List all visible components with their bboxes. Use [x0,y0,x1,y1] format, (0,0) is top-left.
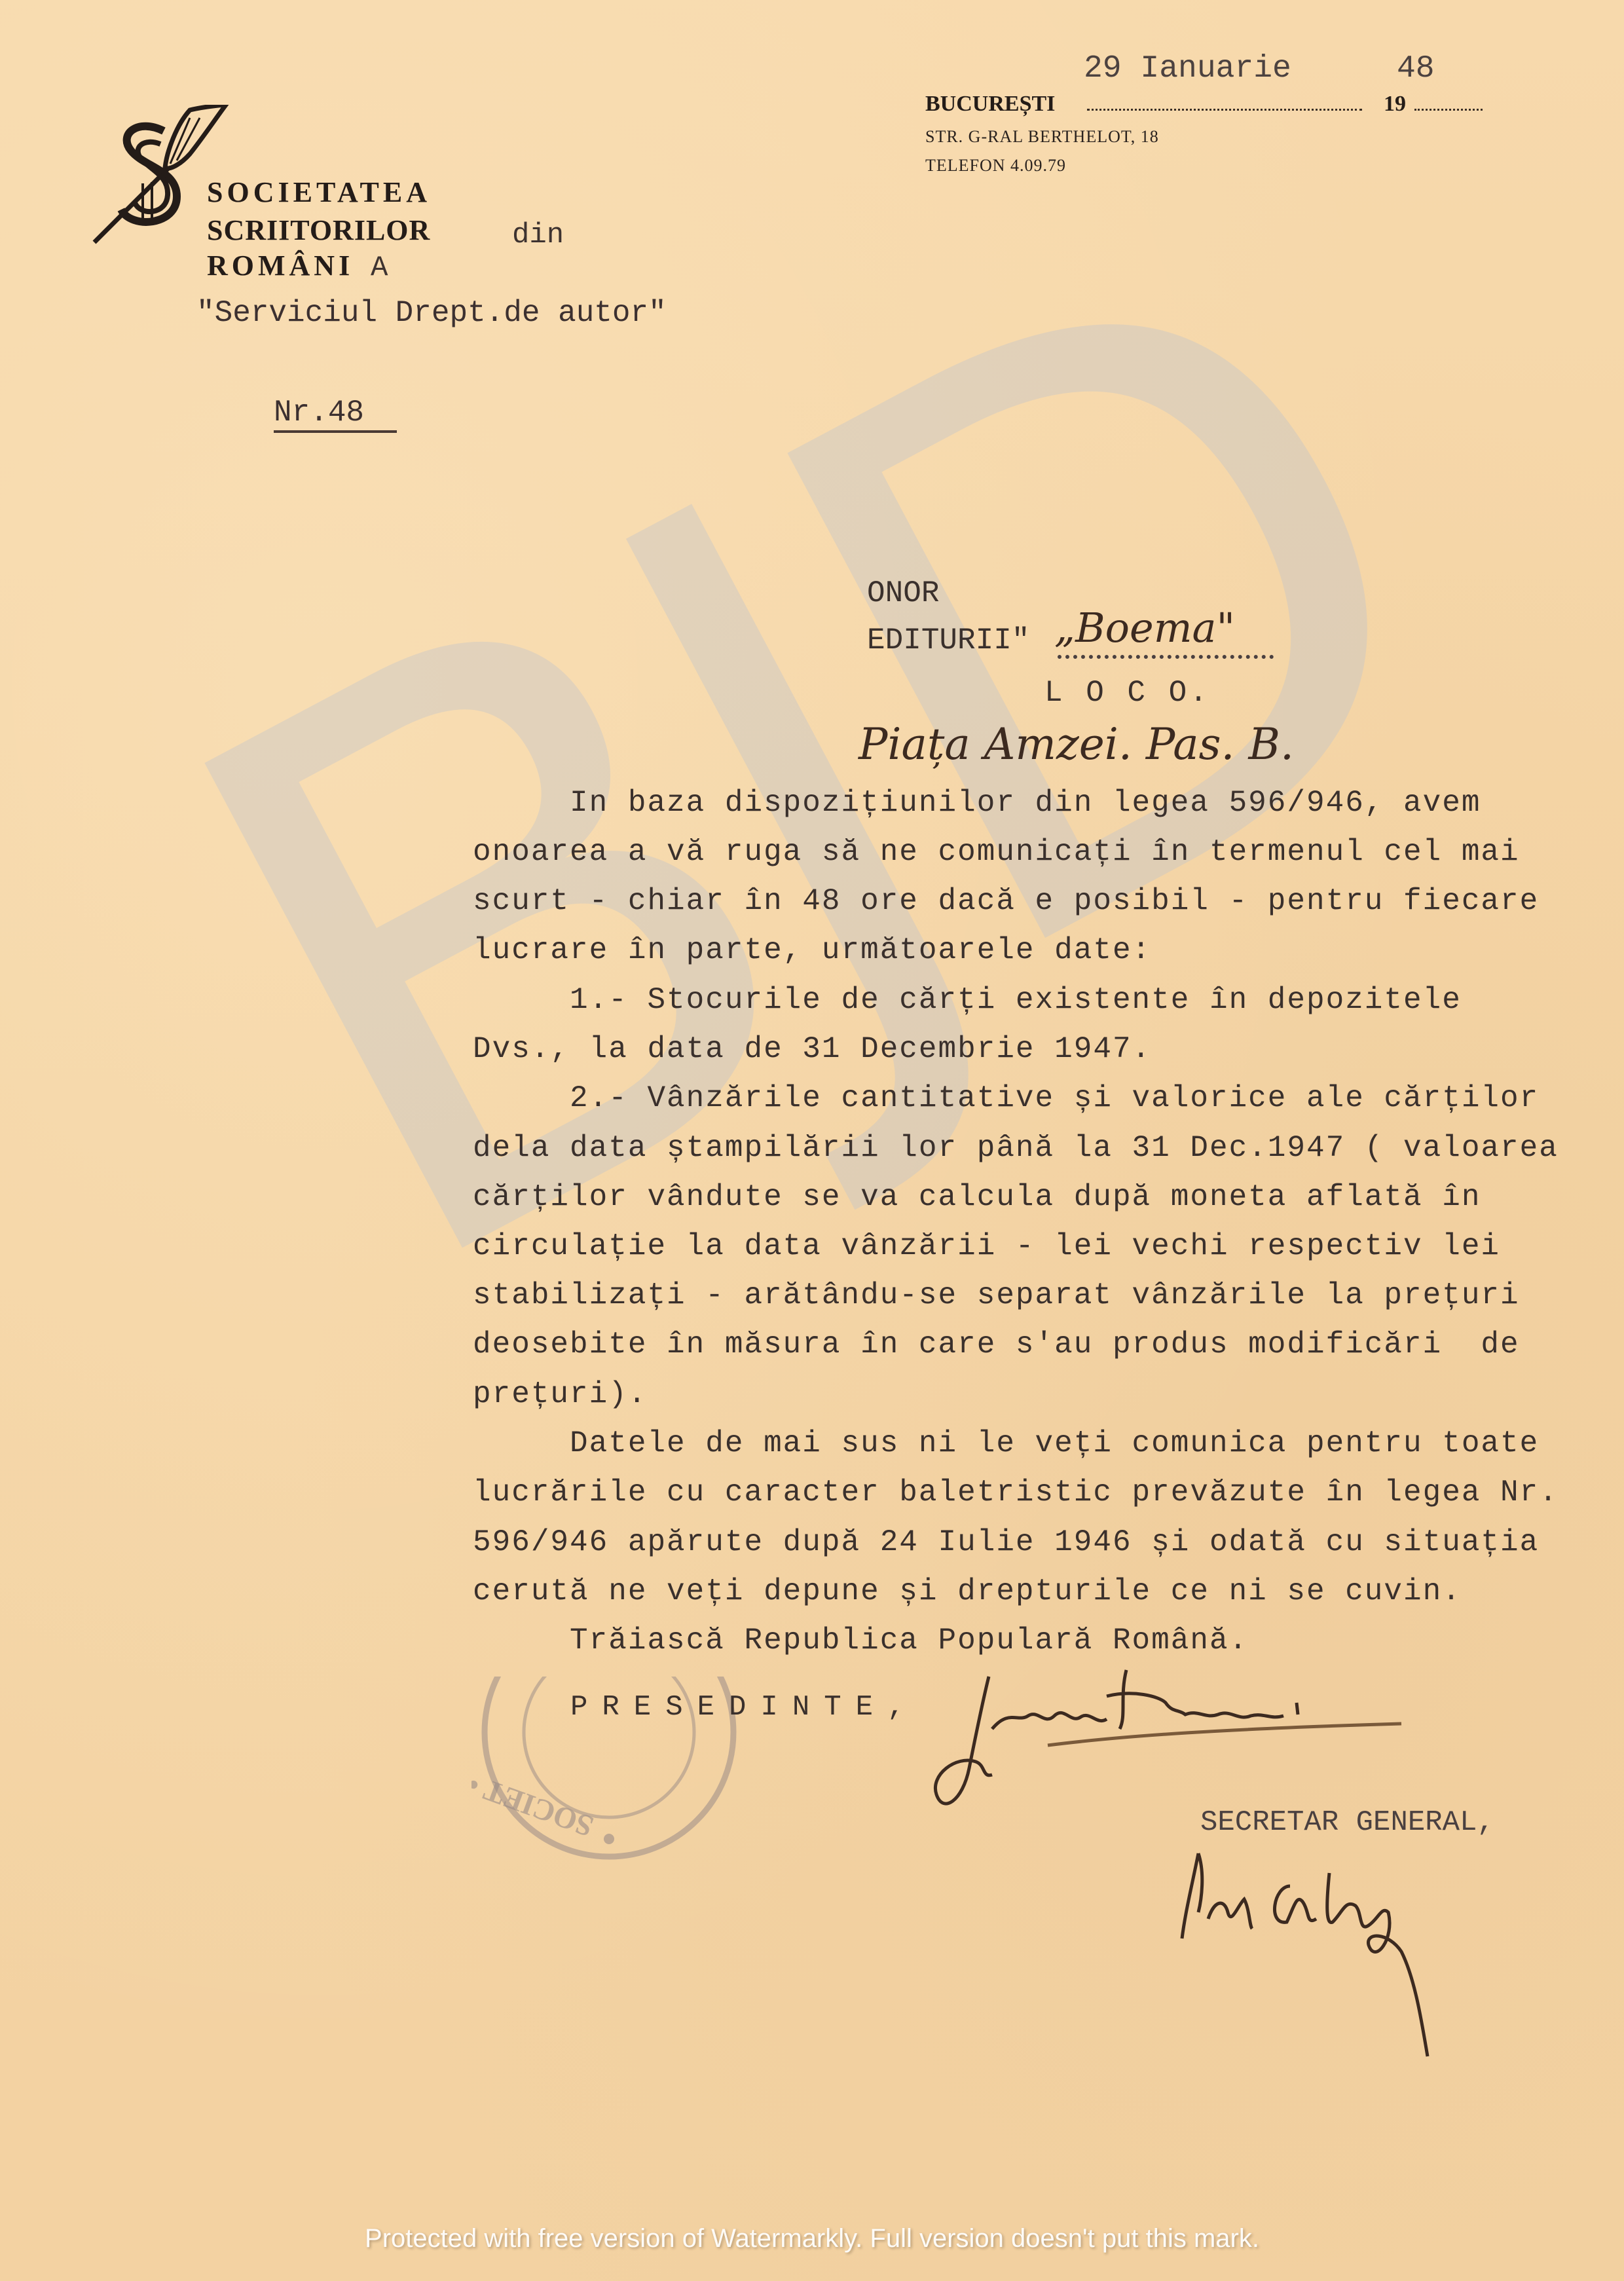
body-line: In baza dispozițiunilor din legea 596/94… [473,786,1481,820]
recipient-line2-typed: EDITURII" [867,623,1029,658]
president-signature: Zaharia Stancu [930,1663,1428,1821]
recipient-line1: ONOR [867,576,939,610]
phone-number: TELEFON 4.09.79 [925,156,1066,176]
recipient-address-handwritten: Piața Amzei. Pas. B. [858,719,1294,770]
body-line: onoarea a vă ruga să ne comunicați în te… [473,835,1520,869]
body-line: Datele de mai sus ni le veți comunica pe… [473,1426,1539,1460]
service-name: "Serviciul Drept.de autor" [196,296,667,330]
body-line: circulație la data vânzării - lei vechi … [473,1229,1500,1263]
document-number-underline [274,430,397,433]
body-line: prețuri). [473,1377,647,1411]
body-line: lucrare în parte, următoarele date: [473,933,1151,967]
body-line: deosebite în măsura în care s'au produs … [473,1327,1520,1362]
body-line: dela data ștampilării lor până la 31 Dec… [473,1131,1559,1165]
recipient-dotted-line [1058,655,1274,659]
org-name-line3: ROMÂNI [207,249,354,282]
body-line: cerută ne veți depune și drepturile ce n… [473,1574,1462,1608]
body-line: 2.- Vânzările cantitative și valorice al… [473,1081,1539,1115]
body-line: lucrările cu caracter baletristic prevăz… [473,1475,1559,1510]
org-name-line1: SOCIETATEA [207,176,431,209]
city-label: BUCUREȘTI [925,92,1055,117]
secretary-label: SECRETAR GENERAL, [1200,1806,1494,1839]
body-line: stabilizați - arătându-se separat vânzăr… [473,1278,1520,1312]
date-day-month: 29 Ianuarie [1084,51,1291,86]
body-line: 596/946 apărute după 24 Iulie 1946 și od… [473,1525,1539,1559]
document-number: Nr.48 [274,396,364,430]
body-line: cărților vândute se va calcula după mone… [473,1180,1481,1214]
recipient-publisher-handwritten: „Boema" [1054,604,1235,652]
org-name-line2: SCRIITORILOR [207,213,430,247]
body-line: scurt - chiar în 48 ore dacă e posibil -… [473,884,1539,918]
org-name-line2-typed: din [512,219,564,251]
recipient-line3: L O C O. [1044,676,1210,710]
org-name-line3-typed: A [371,251,388,284]
body-line: Dvs., la data de 31 Decembrie 1947. [473,1032,1151,1066]
body-line: 1.- Stocurile de cărți existente în depo… [473,983,1462,1017]
body-line: Trăiască Republica Populară Română. [473,1623,1248,1658]
year-dotted-line [1414,109,1483,111]
footer-watermark: Protected with free version of Watermark… [0,2224,1624,2253]
date-year: 48 [1397,51,1435,86]
president-label: PRESEDINTE, [570,1691,919,1724]
secretary-signature: Ion Călugăru [1179,1847,1480,2063]
svg-text:Ion Călugăru: Ion Călugăru [1179,1847,1184,1847]
year-prefix: 19 [1384,92,1406,117]
street-address: STR. G-RAL BERTHELOT, 18 [925,127,1159,147]
date-dotted-line [1087,109,1362,111]
